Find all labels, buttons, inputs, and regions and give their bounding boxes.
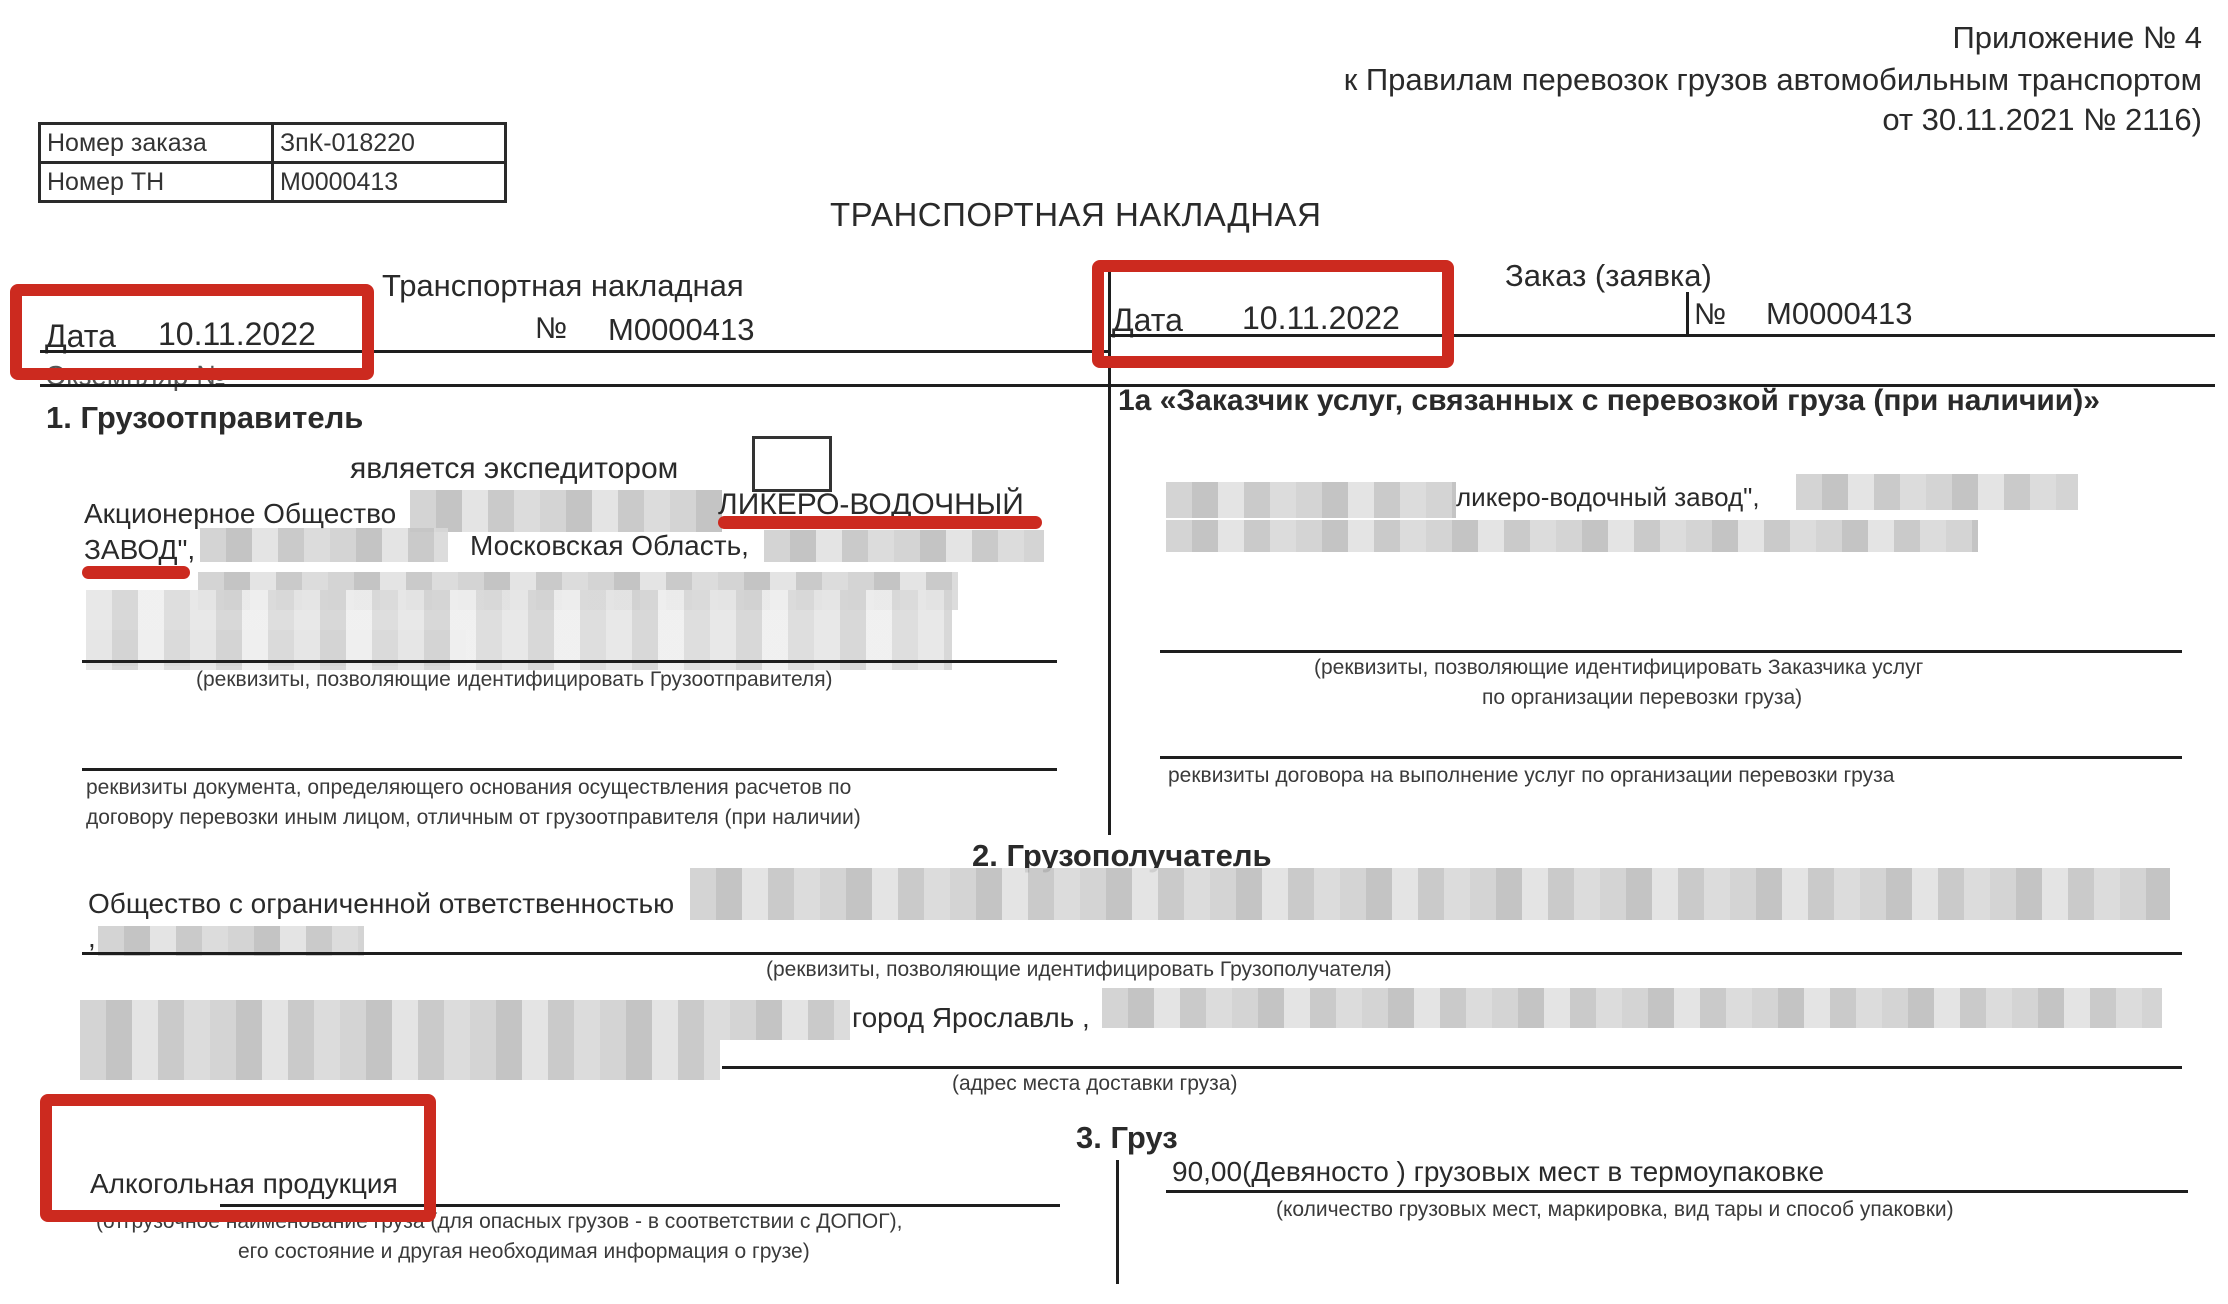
shipper-doc-caption-2: договору перевозки иным лицом, отличным … <box>86 806 861 830</box>
appendix-line-1: Приложение № 4 <box>1952 20 2202 56</box>
redacted-shipper-address-1 <box>764 530 1044 562</box>
waybill-heading: Транспортная накладная <box>382 268 744 304</box>
order-number-label: Номер заказа <box>40 124 273 163</box>
consignee-prefix: Общество с ограниченной ответственностью <box>88 888 674 920</box>
customer-contract-line <box>1160 756 2182 759</box>
redacted-customer-address-2 <box>1166 520 1978 552</box>
highlight-order-date <box>1092 260 1454 368</box>
order-table: Номер заказа ЗпК-018220 Номер ТН М000041… <box>38 122 507 203</box>
consignee-requisites-caption: (реквизиты, позволяющие идентифицировать… <box>766 958 1392 982</box>
table-row: Номер ТН М0000413 <box>40 163 506 202</box>
table-row: Номер заказа ЗпК-018220 <box>40 124 506 163</box>
shipper-doc-line <box>82 768 1057 771</box>
section-3-title: 3. Груз <box>1076 1120 1178 1156</box>
waybill-number-value: М0000413 <box>608 312 755 348</box>
shipper-requisites-caption: (реквизиты, позволяющие идентифицировать… <box>196 668 833 692</box>
redacted-delivery-address-2 <box>1102 988 2162 1028</box>
forwarder-label: является экспедитором <box>350 452 678 486</box>
cargo-packages-caption: (количество грузовых мест, маркировка, в… <box>1276 1198 1954 1222</box>
order-number-value: ЗпК-018220 <box>273 124 506 163</box>
highlight-cargo-name <box>40 1094 436 1222</box>
shipper-name-part2: ЗАВОД", <box>84 534 195 566</box>
delivery-address-line <box>722 1066 2182 1069</box>
redacted-shipper-city <box>200 528 448 562</box>
tn-number-label: Номер ТН <box>40 163 273 202</box>
cargo-packages-line <box>1166 1190 2188 1193</box>
redacted-shipper-name <box>410 490 722 532</box>
cargo-column-divider <box>1116 1160 1119 1284</box>
redacted-consignee-name <box>690 868 2170 920</box>
customer-requisites-line <box>1160 650 2182 653</box>
order-request-heading: Заказ (заявка) <box>1505 258 1712 294</box>
redacted-customer-name <box>1166 482 1456 518</box>
redacted-customer-address-1 <box>1796 474 2078 510</box>
order-number-value: М0000413 <box>1766 296 1913 332</box>
section-1-title: 1. Грузоотправитель <box>46 400 363 436</box>
redacted-delivery-address-1 <box>80 1000 850 1040</box>
customer-requisites-caption-1: (реквизиты, позволяющие идентифицировать… <box>1314 656 1923 680</box>
waybill-number-label: № <box>535 312 567 346</box>
cargo-name-caption-2: его состояние и другая необходимая инфор… <box>238 1240 810 1264</box>
order-number-divider <box>1686 292 1689 336</box>
underline-shipper-name <box>718 516 1042 529</box>
cargo-packages: 90,00(Девяносто ) грузовых мест в термоу… <box>1172 1156 1824 1188</box>
shipper-requisites-line <box>82 660 1057 663</box>
forwarder-checkbox[interactable] <box>752 436 832 492</box>
delivery-address-caption: (адрес места доставки груза) <box>952 1072 1237 1096</box>
customer-name-part: ликеро-водочный завод", <box>1456 482 1760 513</box>
highlight-waybill-date <box>10 284 374 380</box>
appendix-line-2: к Правилам перевозок грузов автомобильны… <box>1344 62 2202 98</box>
order-number-label: № <box>1694 298 1726 332</box>
underline-shipper-zavod <box>82 566 190 579</box>
shipper-region: Московская Область, <box>470 530 749 562</box>
customer-contract-caption: реквизиты договора на выполнение услуг п… <box>1168 764 1894 788</box>
shipper-doc-caption-1: реквизиты документа, определяющего основ… <box>86 776 851 800</box>
delivery-city: город Ярославль , <box>852 1002 1090 1034</box>
redacted-delivery-address-3 <box>80 1040 720 1080</box>
consignee-tail: , <box>88 922 96 954</box>
appendix-line-3: от 30.11.2021 № 2116) <box>1882 102 2202 138</box>
document-title: ТРАНСПОРТНАЯ НАКЛАДНАЯ <box>830 196 1321 234</box>
consignee-requisites-line <box>82 952 2182 955</box>
tn-number-value: М0000413 <box>273 163 506 202</box>
shipper-prefix: Акционерное Общество <box>84 498 396 530</box>
section-1a-title: 1а «Заказчик услуг, связанных с перевозк… <box>1118 384 2100 418</box>
customer-requisites-caption-2: по организации перевозки груза) <box>1482 686 1802 710</box>
